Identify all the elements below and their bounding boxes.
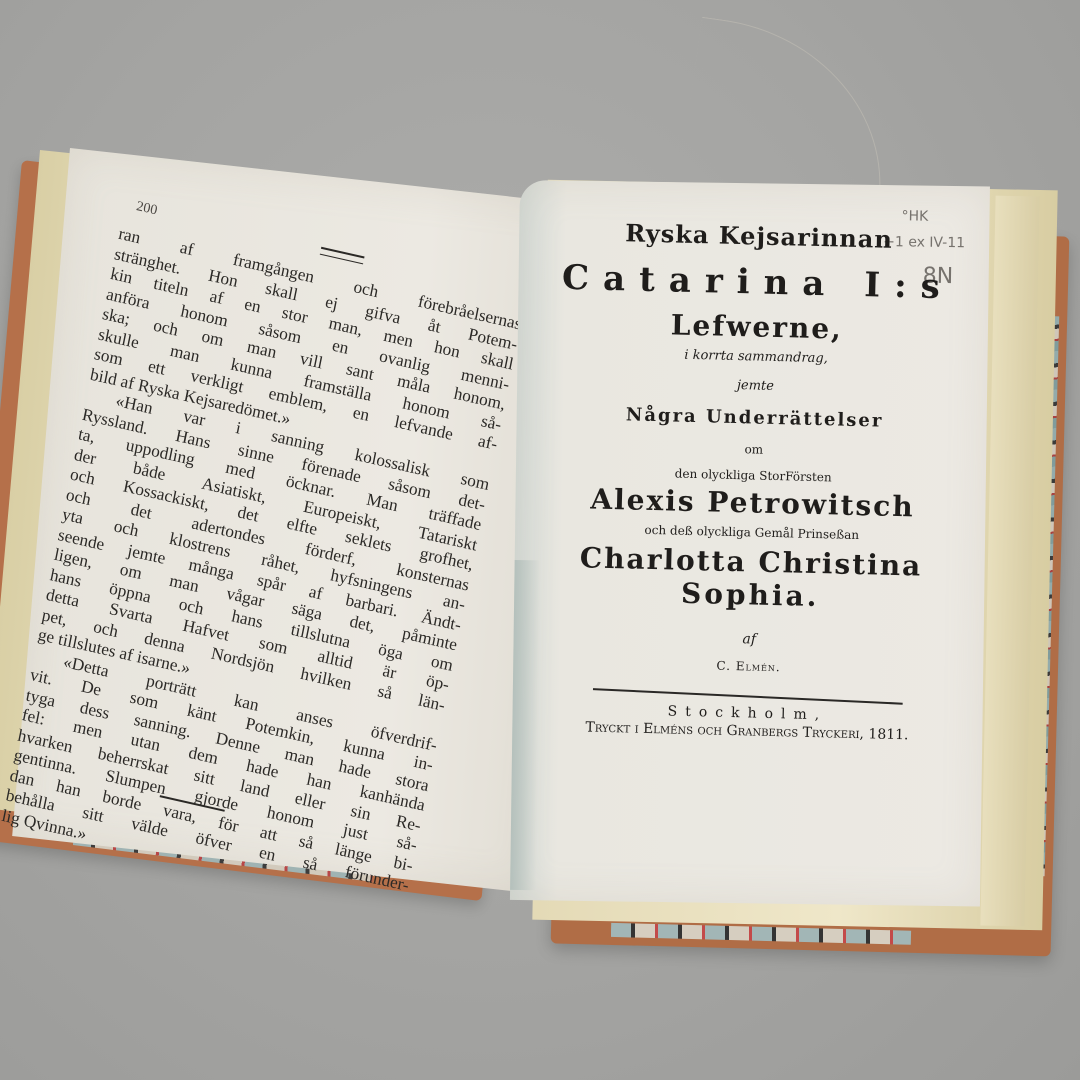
body-text: ran af framgången och förebråelsernas st… xyxy=(0,224,523,917)
left-page-content: 200 ran af framgången och förebråelserna… xyxy=(127,194,520,283)
subtitle-sammandrag: i korrta sammandrag, xyxy=(546,344,966,369)
subtitle-om: om xyxy=(544,437,964,461)
byline-af: af xyxy=(539,626,959,652)
title-line-underrattelser: Några Underrättelser xyxy=(544,402,964,433)
header-double-rule xyxy=(320,247,365,265)
hair-strand xyxy=(680,17,901,204)
title-line-lefwerne: Lefwerne, xyxy=(547,305,968,348)
page-number: 200 xyxy=(134,197,159,222)
title-line-catarina: Catarina I:s xyxy=(548,257,969,307)
title-page: °HK +1 ex IV-11 8N Ryska Kejsarinnan Cat… xyxy=(510,180,990,906)
author-name: C. Elmén. xyxy=(538,654,958,678)
title-block: Ryska Kejsarinnan Catarina I:s Lefwerne,… xyxy=(537,216,970,744)
title-line-alexis: Alexis Petrowitsch xyxy=(542,481,963,524)
subtitle-jemte: jemte xyxy=(545,373,965,398)
left-page: 200 ran af framgången och förebråelserna… xyxy=(12,148,589,893)
